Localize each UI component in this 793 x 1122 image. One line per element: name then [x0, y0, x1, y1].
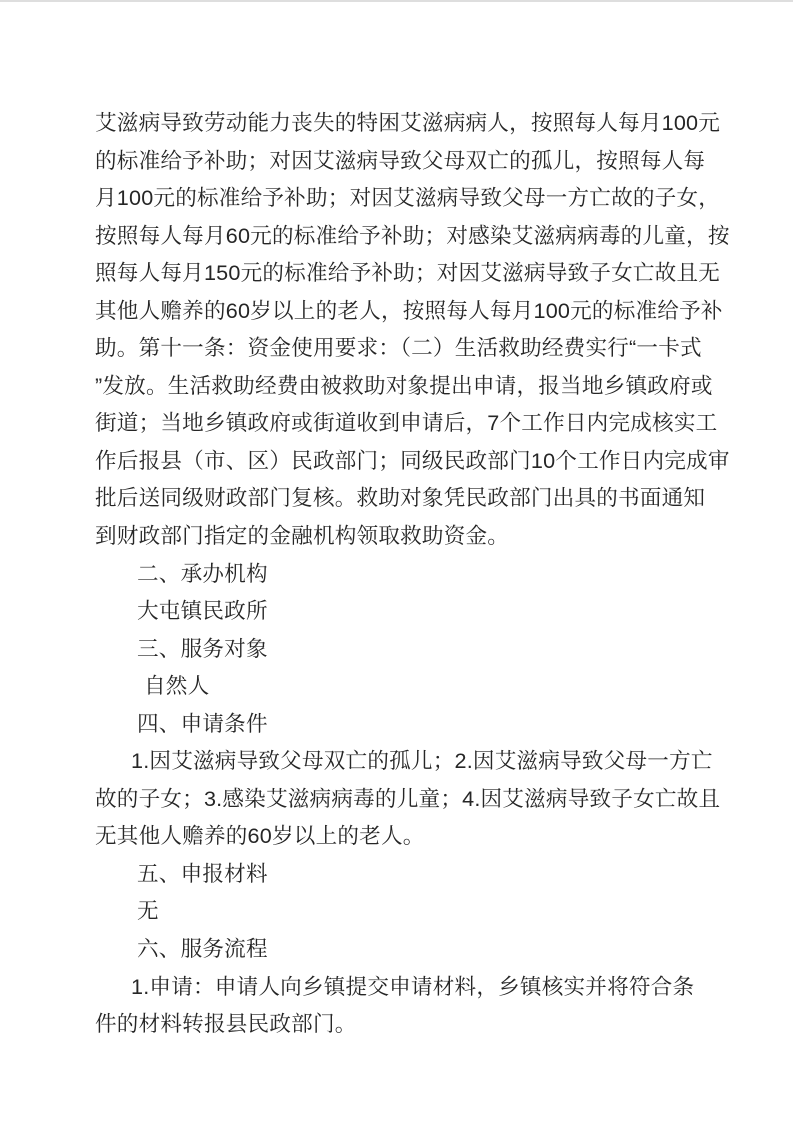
materials-text: 无	[95, 892, 710, 930]
paragraph-subsidy-line: 月100元的标准给予补助；对因艾滋病导致父母一方亡故的子女，	[95, 179, 710, 217]
process-paragraph-line: 件的材料转报县民政部门。	[95, 1005, 710, 1043]
document-page: 艾滋病导致劳动能力丧失的特困艾滋病病人，按照每人每月100元 的标准给予补助；对…	[0, 0, 793, 1122]
organ-name-text: 大屯镇民政所	[95, 592, 710, 630]
paragraph-subsidy-line: 街道；当地乡镇政府或街道收到申请后，7个工作日内完成核实工	[95, 404, 710, 442]
service-target-text: 自然人	[95, 667, 710, 705]
paragraph-subsidy-line: 照每人每月150元的标准给予补助；对因艾滋病导致子女亡故且无	[95, 254, 710, 292]
paragraph-subsidy-line: 按照每人每月60元的标准给予补助；对感染艾滋病病毒的儿童，按	[95, 217, 710, 255]
paragraph-subsidy-line: ”发放。生活救助经费由被救助对象提出申请，报当地乡镇政府或	[95, 367, 710, 405]
heading-section-3-target: 三、服务对象	[95, 630, 710, 668]
paragraph-subsidy-line: 批后送同级财政部门复核。救助对象凭民政部门出具的书面通知	[95, 479, 710, 517]
conditions-paragraph-line: 无其他人赡养的60岁以上的老人。	[95, 817, 710, 855]
process-paragraph-line: 1.申请：申请人向乡镇提交申请材料，乡镇核实并将符合条	[95, 968, 710, 1006]
paragraph-subsidy-line: 其他人赡养的60岁以上的老人，按照每人每月100元的标准给予补	[95, 292, 710, 330]
paragraph-subsidy-line: 到财政部门指定的金融机构领取救助资金。	[95, 517, 710, 555]
paragraph-subsidy-line: 助。第十一条：资金使用要求：（二）生活救助经费实行“一卡式	[95, 329, 710, 367]
document-body: 艾滋病导致劳动能力丧失的特困艾滋病病人，按照每人每月100元 的标准给予补助；对…	[95, 104, 710, 1043]
paragraph-subsidy-line: 的标准给予补助；对因艾滋病导致父母双亡的孤儿，按照每人每	[95, 142, 710, 180]
heading-section-2-organ: 二、承办机构	[95, 555, 710, 593]
heading-section-6-process: 六、服务流程	[95, 930, 710, 968]
conditions-paragraph-line: 故的子女；3.感染艾滋病病毒的儿童；4.因艾滋病导致子女亡故且	[95, 780, 710, 818]
paragraph-subsidy-line: 艾滋病导致劳动能力丧失的特困艾滋病病人，按照每人每月100元	[95, 104, 710, 142]
paragraph-subsidy-line: 作后报县（市、区）民政部门；同级民政部门10个工作日内完成审	[95, 442, 710, 480]
heading-section-4-conditions: 四、申请条件	[95, 705, 710, 743]
conditions-paragraph-line: 1.因艾滋病导致父母双亡的孤儿；2.因艾滋病导致父母一方亡	[95, 742, 710, 780]
heading-section-5-materials: 五、申报材料	[95, 855, 710, 893]
